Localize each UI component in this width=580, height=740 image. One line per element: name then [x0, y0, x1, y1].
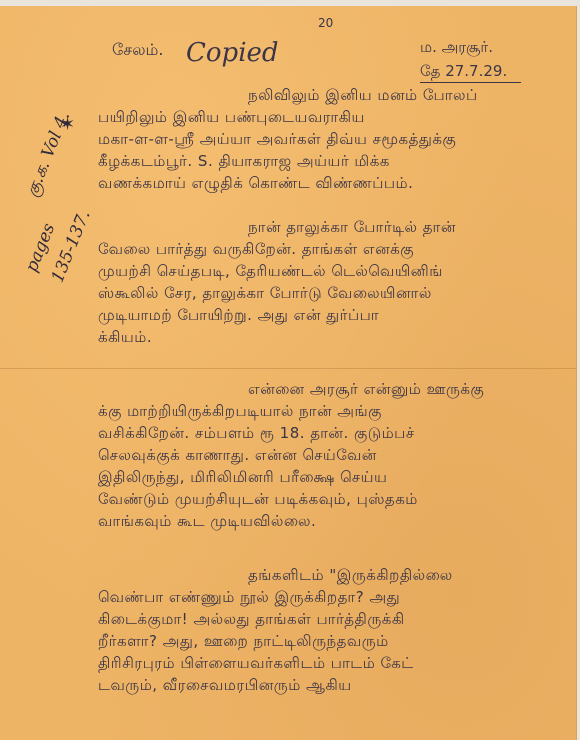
letter-page: 20 சேலம். Copied ம. அரசூர். தே 27.7.29. …: [0, 6, 576, 740]
paragraph-salutation: நலிவிலும் இனிய மனம் போலப் பயிறிலும் இனிய…: [98, 84, 558, 194]
paragraph-employment: நான் தாலுக்கா போர்டில் தான் வேலை பார்த்த…: [98, 216, 558, 348]
text-line: செலவுக்குக் காணாது. என்ன செய்வேன்: [98, 444, 558, 466]
text-line: க்கு மாற்றியிருக்கிறபடியால் நான் அங்கு: [98, 400, 558, 422]
text-line: வேலை பார்த்து வருகிறேன். தாங்கள் எனக்கு: [98, 238, 558, 260]
letter-date: தே 27.7.29.: [420, 62, 521, 83]
paragraph-book-request: தங்களிடம் "இருக்கிறதில்லை வெண்பா எண்ணும்…: [98, 564, 558, 696]
text-line: ஸ்கூலில் சேர, தாலுக்கா போர்டு வேலையினால்: [98, 282, 558, 304]
text-line: றீர்களா? அது, ஊறை நாட்டிலிருந்தவரும்: [98, 630, 558, 652]
text-line: வணக்கமாய் எழுதிக் கொண்ட விண்ணப்பம்.: [98, 172, 558, 194]
text-line: பயிறிலும் இனிய பண்புடையவராகிய: [98, 106, 558, 128]
text-line: முயற்சி செய்தபடி, தேரியண்டல் டெல்வெயினிங…: [98, 260, 558, 282]
text-line: தங்களிடம் "இருக்கிறதில்லை: [98, 564, 558, 586]
paper-fold-line: [0, 368, 576, 369]
text-line: வேண்டும் முயற்சியுடன் படிக்கவும், புஸ்தக…: [98, 488, 558, 510]
text-line: வசிக்கிறேன். சம்பளம் ரூ 18. தான். குடும்…: [98, 422, 558, 444]
text-line: நலிவிலும் இனிய மனம் போலப்: [98, 84, 558, 106]
copied-annotation: Copied: [186, 38, 279, 68]
text-line: மகா-ள-ள-ஸ்ரீ அய்யா அவர்கள் திவ்ய சமூகத்த…: [98, 128, 558, 150]
text-line: என்னை அரசூர் என்னும் ஊருக்கு: [98, 378, 558, 400]
text-line: இதிலிருந்து, மிரிலிமினரி பரீக்ஷை செய்ய: [98, 466, 558, 488]
paragraph-transfer: என்னை அரசூர் என்னும் ஊருக்கு க்கு மாற்றி…: [98, 378, 558, 532]
text-line: வெண்பா எண்ணும் நூல் இருக்கிறதா? அது: [98, 586, 558, 608]
text-line: திரிசிரபுரம் பிள்ளையவர்களிடம் பாடம் கேட்: [98, 652, 558, 674]
page-number: 20: [318, 16, 333, 30]
letter-place: ம. அரசூர்.: [420, 38, 493, 58]
text-line: முடியாமற் போயிற்று. அது என் துர்ப்பா: [98, 304, 558, 326]
text-line: க்கியம்.: [98, 326, 558, 348]
text-line: வாங்கவும் கூட முடியவில்லை.: [98, 510, 558, 532]
text-line: டவரும், வீரசைவமரபினரும் ஆகிய: [98, 674, 558, 696]
text-line: நான் தாலுக்கா போர்டில் தான்: [98, 216, 558, 238]
text-line: கிடைக்குமா! அல்லது தாங்கள் பார்த்திருக்க…: [98, 608, 558, 630]
text-line: கீழக்கடம்பூர். S. தியாகராஜ அய்யர் மிக்க: [98, 150, 558, 172]
origin-place: சேலம்.: [112, 40, 163, 61]
